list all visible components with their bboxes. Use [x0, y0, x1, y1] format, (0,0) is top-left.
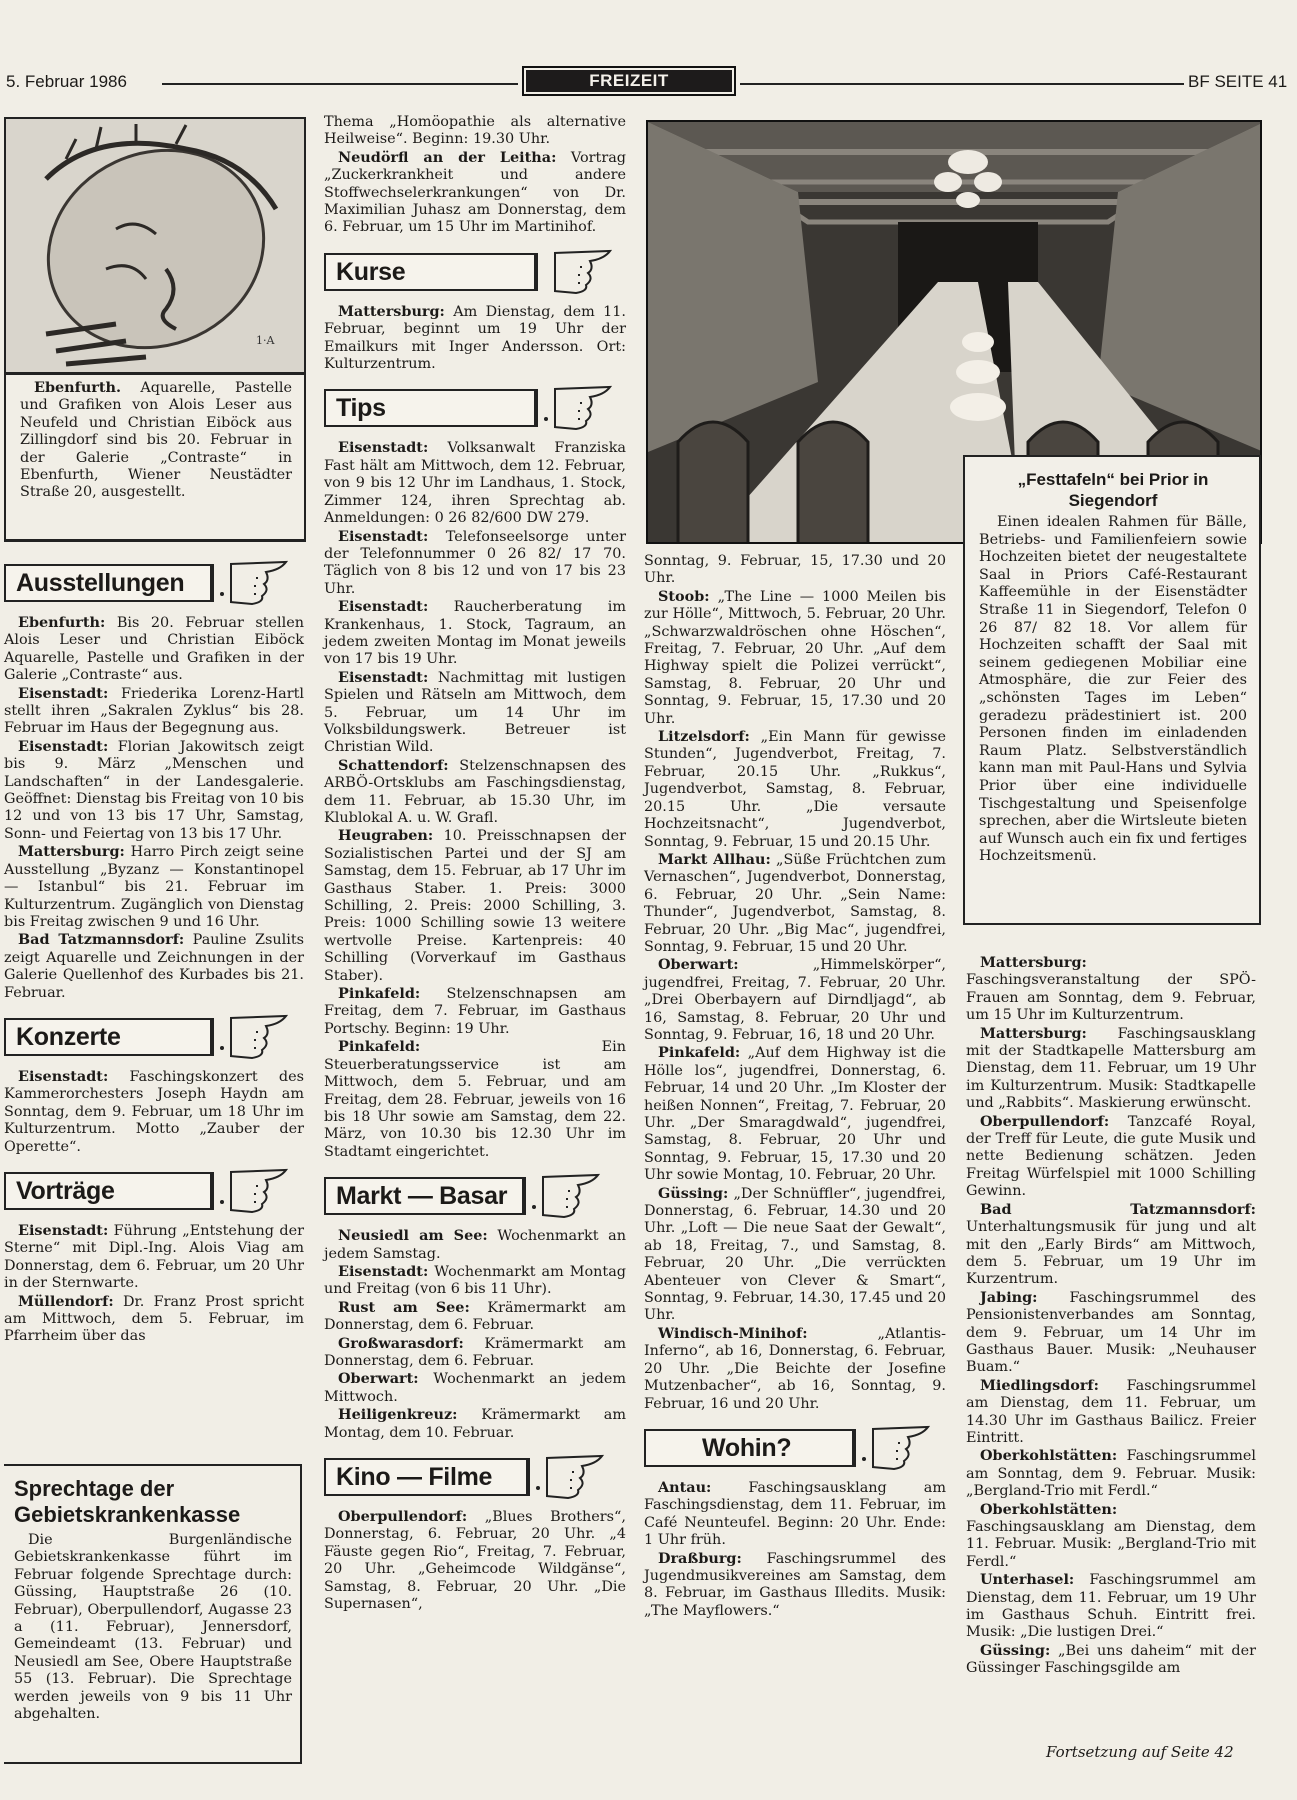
bullet-box [536, 389, 556, 427]
list-item: Eisenstadt: Nachmittag mit lustigen Spie… [324, 669, 626, 757]
bullet-box [212, 1172, 232, 1210]
section-title: Konzerte [16, 1022, 121, 1052]
wohin-list: Antau: Faschingsausklang am Faschingsdie… [644, 1479, 946, 1620]
list-item: Bad Tatzmannsdorf: Unterhaltungsmusik fü… [966, 1201, 1256, 1289]
list-item: Oberwart: Wochenmarkt an jedem Mittwoch. [324, 1370, 626, 1406]
section-header-markt-basar: Markt — Basar [324, 1177, 626, 1217]
pointing-hand-icon [554, 249, 614, 295]
festtafeln-box: „Festtafeln“ bei Prior in Siegendorf Ein… [963, 455, 1261, 925]
svg-text:1·A: 1·A [256, 334, 275, 347]
box-title: Sprechtage der Gebietskrankenkasse [14, 1476, 292, 1528]
continuation-note: Fortsetzung auf Seite 42 [1046, 1743, 1234, 1761]
list-item: Heiligenkreuz: Krämermarkt am Montag, de… [324, 1406, 626, 1442]
column-4: Mattersburg: Faschingsveranstaltung der … [966, 954, 1256, 1678]
list-item: Unterhasel: Faschingsrummel am Dienstag,… [966, 1571, 1256, 1642]
list-item: Mattersburg: Faschingsveranstaltung der … [966, 954, 1256, 1025]
list-item: Stoob: „The Line — 1000 Meilen bis zur H… [644, 588, 946, 728]
list-item: Mattersburg: Faschingsausklang mit der S… [966, 1025, 1256, 1113]
section-title: Vorträge [16, 1176, 115, 1206]
section-title: Tips [336, 393, 386, 423]
pointing-hand-icon [546, 1454, 606, 1500]
tips-list: Eisenstadt: Volksanwalt Franziska Fast h… [324, 439, 626, 1161]
bullet-box [524, 1177, 544, 1215]
bullet-box [212, 1018, 232, 1056]
list-item: Eisenstadt: Friederika Lorenz-Hartl stel… [4, 685, 304, 738]
list-item: Oberpullendorf: Tanzcafé Royal, der Tref… [966, 1113, 1256, 1201]
list-item: Güssing: „Bei uns daheim“ mit der Güssin… [966, 1642, 1256, 1678]
list-item: Thema „Homöopathie als alternative Heilw… [324, 114, 626, 149]
markt-list: Neusiedl am See: Wochenmarkt an jedem Sa… [324, 1227, 626, 1442]
pointing-hand-icon [230, 1014, 290, 1060]
list-item: Windisch-Minihof: „Atlantis-Inferno“, ab… [644, 1325, 946, 1413]
section-header-tips: Tips [324, 389, 626, 429]
list-item: Oberpullendorf: „Blues Brothers“, Donner… [324, 1508, 626, 1613]
section-title: Kino — Filme [336, 1462, 492, 1492]
list-item: Draßburg: Faschingsrummel des Jugendmusi… [644, 1550, 946, 1621]
bullet-box [854, 1429, 874, 1467]
krankenkasse-box: Sprechtage der Gebietskrankenkasse Die B… [4, 1464, 302, 1764]
issue-date: 5. Februar 1986 [6, 72, 127, 92]
pointing-hand-icon [230, 560, 290, 606]
header-rule-right [740, 83, 1184, 85]
list-item: Eisenstadt: Volksanwalt Franziska Fast h… [324, 439, 626, 527]
list-item: Oberkohlstätten: Faschingsausklang am Di… [966, 1501, 1256, 1572]
list-item: Mattersburg: Harro Pirch zeigt seine Aus… [4, 843, 304, 931]
list-item: Oberwart: „Himmelskörper“, jugendfrei, F… [644, 956, 946, 1044]
section-header-kino-filme: Kino — Filme [324, 1458, 626, 1498]
list-item: Neudörfl an der Leitha: Vortrag „Zuckerk… [324, 149, 626, 237]
kino-list: Oberpullendorf: „Blues Brothers“, Donner… [324, 1508, 626, 1613]
list-item: Pinkafeld: Ein Steuerberatungsservice is… [324, 1038, 626, 1161]
list-item: Eisenstadt: Faschingskonzert des Kammero… [4, 1068, 304, 1156]
list-item: Schattendorf: Stelzenschnapsen des ARBÖ-… [324, 757, 626, 828]
list-item: Eisenstadt: Florian Jakowitsch zeigt bis… [4, 738, 304, 843]
section-header-ausstellungen: Ausstellungen [4, 564, 304, 604]
pointing-hand-icon [230, 1168, 290, 1214]
list-item: Neusiedl am See: Wochenmarkt an jedem Sa… [324, 1227, 626, 1263]
page-header: 5. Februar 1986 FREIZEIT BF SEITE 41 [0, 62, 1297, 102]
pointing-hand-icon [542, 1173, 602, 1219]
list-item: Oberkohlstätten: Faschingsrummel am Sonn… [966, 1447, 1256, 1500]
caption-place: Ebenfurth. [34, 379, 121, 396]
section-header-konzerte: Konzerte [4, 1018, 304, 1058]
bullet-box [528, 1458, 548, 1496]
list-item: Großwarasdorf: Krämermarkt am Donnerstag… [324, 1335, 626, 1371]
list-item: Miedlingsdorf: Faschingsrummel am Dienst… [966, 1377, 1256, 1448]
section-title: Wohin? [702, 1433, 791, 1463]
pointing-hand-icon [554, 385, 614, 431]
sleeping-face-sketch-image: 1·A [4, 117, 306, 373]
column-2: Thema „Homöopathie als alternative Heilw… [324, 114, 626, 1613]
header-rule-left [162, 83, 518, 85]
box-title: „Festtafeln“ bei Prior in Siegendorf [979, 469, 1247, 511]
list-item: Heugraben: 10. Preisschnapsen der Sozial… [324, 827, 626, 985]
vortraege-list: Eisenstadt: Führung „Entstehung der Ster… [4, 1222, 304, 1346]
list-item: Eisenstadt: Führung „Entstehung der Ster… [4, 1222, 304, 1293]
list-item: Pinkafeld: Stelzenschnapsen am Freitag, … [324, 985, 626, 1038]
page-number: BF SEITE 41 [1188, 72, 1287, 92]
section-header-kurse: Kurse [324, 253, 626, 293]
box-text: Die Burgenländische Gebietskrankenkasse … [14, 1532, 292, 1723]
section-title: Kurse [336, 257, 405, 287]
kurse-list: Mattersburg: Am Dienstag, dem 11. Februa… [324, 303, 626, 374]
bullet-box [212, 564, 232, 602]
list-item: Antau: Faschingsausklang am Faschingsdie… [644, 1479, 946, 1550]
list-item: Sonntag, 9. Februar, 15, 17.30 und 20 Uh… [644, 553, 946, 588]
column-3: Sonntag, 9. Februar, 15, 17.30 und 20 Uh… [644, 553, 946, 1620]
section-title: Ausstellungen [16, 568, 184, 598]
box-text: Einen idealen Rahmen für Bälle, Betriebs… [979, 514, 1247, 866]
list-item: Jabing: Faschingsrummel des Pensionisten… [966, 1289, 1256, 1377]
list-item: Eisenstadt: Telefonseelsorge unter der T… [324, 528, 626, 599]
caption-text: Aquarelle, Pastelle und Grafiken von Alo… [20, 380, 292, 500]
section-header-wohin: Wohin? [644, 1429, 946, 1469]
section-header-vortraege: Vorträge [4, 1172, 304, 1212]
ausstellungen-list: Ebenfurth: Bis 20. Februar stellen Alois… [4, 614, 304, 1002]
column-1: Ausstellungen Ebenfurth: Bis 20. Februar… [4, 548, 304, 1346]
list-item: Litzelsdorf: „Ein Mann für gewisse Stund… [644, 728, 946, 851]
list-item: Eisenstadt: Raucherberatung im Krankenha… [324, 598, 626, 669]
list-item: Ebenfurth: Bis 20. Februar stellen Alois… [4, 614, 304, 685]
pointing-hand-icon [872, 1425, 932, 1471]
list-item: Müllendorf: Dr. Franz Prost spricht am M… [4, 1293, 304, 1346]
ressort-label: FREIZEIT [522, 66, 736, 96]
section-title: Markt — Basar [336, 1181, 507, 1211]
list-item: Eisenstadt: Wochenmarkt am Montag und Fr… [324, 1263, 626, 1299]
list-item: Güssing: „Der Schnüffler“, jugendfrei, D… [644, 1185, 946, 1325]
konzerte-list: Eisenstadt: Faschingskonzert des Kammero… [4, 1068, 304, 1156]
list-item: Markt Allhau: „Süße Früchtchen zum Verna… [644, 851, 946, 956]
list-item: Mattersburg: Am Dienstag, dem 11. Februa… [324, 303, 626, 374]
list-item: Bad Tatzmannsdorf: Pauline Zsulits zeigt… [4, 931, 304, 1002]
sketch-caption: Ebenfurth. Aquarelle, Pastelle und Grafi… [4, 372, 306, 542]
list-item: Pinkafeld: „Auf dem Highway ist die Höll… [644, 1044, 946, 1184]
list-item: Rust am See: Krämermarkt am Donnerstag, … [324, 1299, 626, 1335]
bullet-box [536, 253, 556, 291]
